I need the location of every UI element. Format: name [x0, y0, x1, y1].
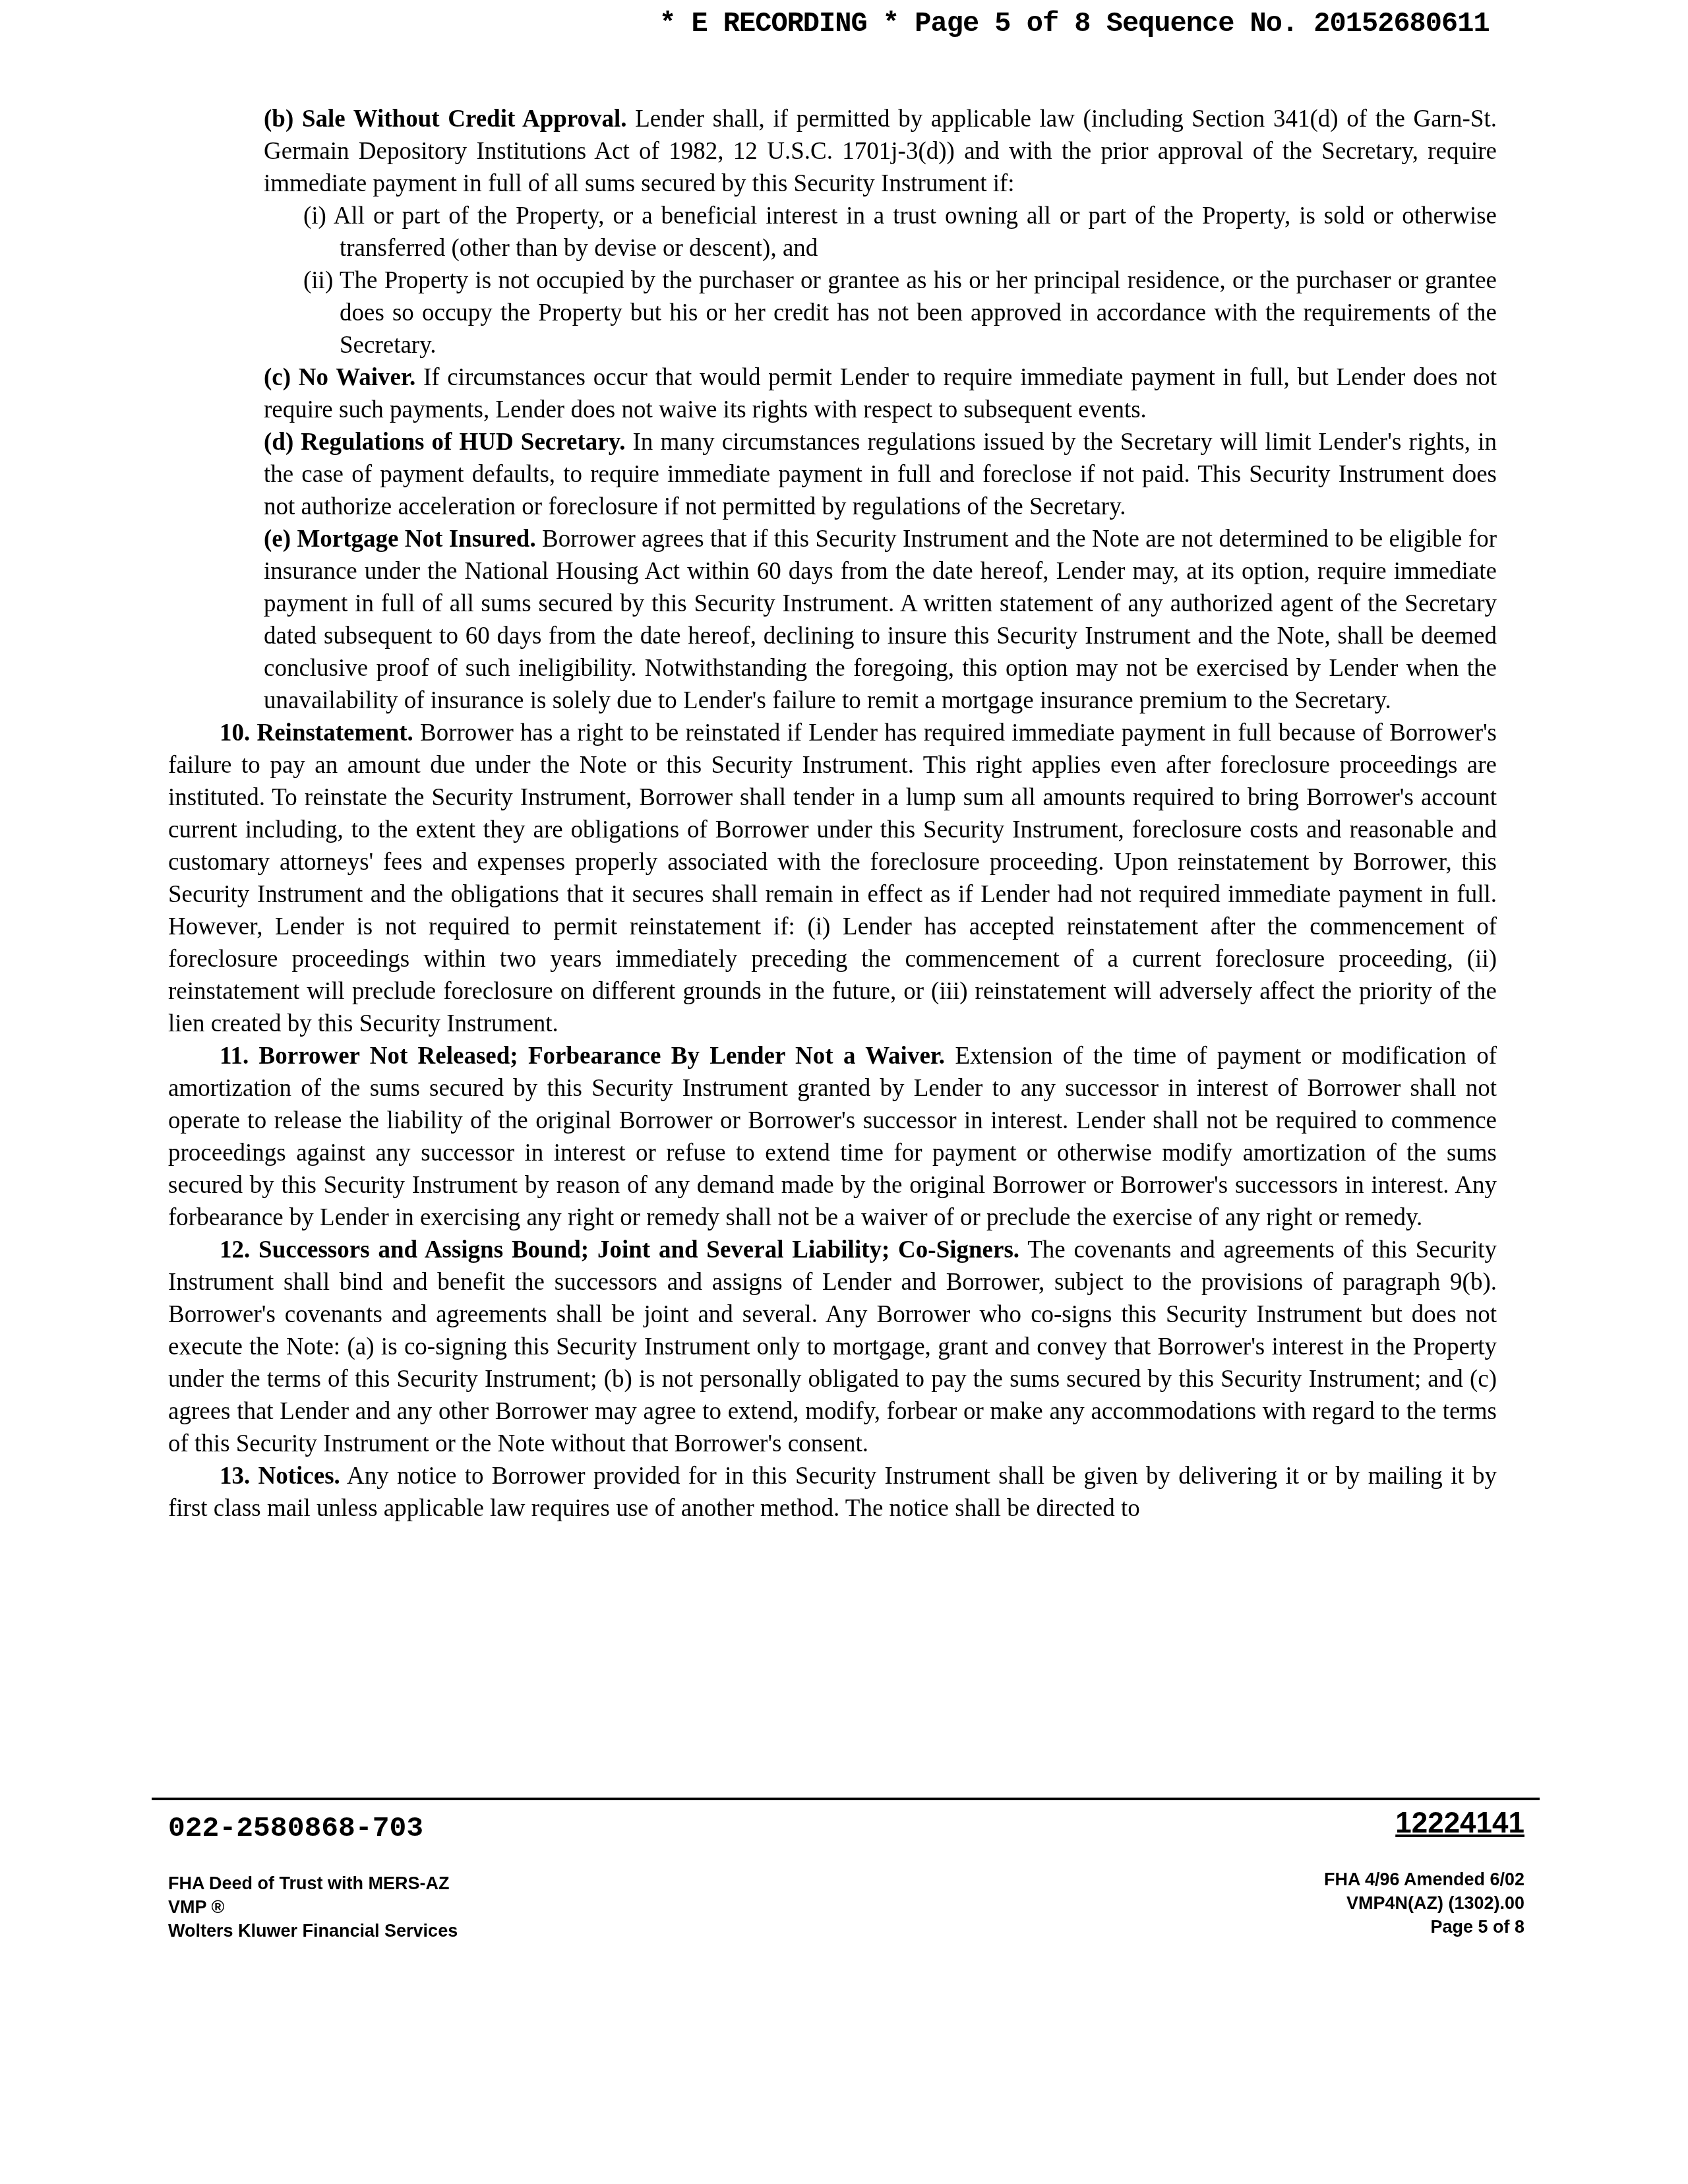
paragraph-text: Extension of the time of payment or modi… [168, 1043, 1497, 1231]
footer-page-indicator: Page 5 of 8 [1324, 1915, 1524, 1939]
paragraph-text: Borrower agrees that if this Security In… [264, 526, 1497, 714]
paragraph: (b) Sale Without Credit Approval. Lender… [264, 103, 1497, 200]
paragraph-label: 10. Reinstatement. [220, 719, 413, 746]
e-recording-header: * E RECORDING * Page 5 of 8 Sequence No.… [659, 8, 1490, 40]
paragraph-label: (d) Regulations of HUD Secretary. [264, 429, 625, 456]
paragraph-text: The covenants and agreements of this Sec… [168, 1236, 1497, 1457]
footer-vmp-label: VMP ® [168, 1895, 458, 1919]
paragraph-label: (i) [303, 202, 326, 229]
paragraph-label: (c) No Waiver. [264, 364, 415, 391]
paragraph-text: The Property is not occupied by the purc… [340, 267, 1497, 359]
paragraph: (c) No Waiver. If circumstances occur th… [264, 361, 1497, 426]
footer-divider [152, 1798, 1540, 1800]
paragraph: 11. Borrower Not Released; Forbearance B… [168, 1040, 1497, 1234]
footer-version-info: FHA 4/96 Amended 6/02 VMP4N(AZ) (1302).0… [1324, 1867, 1524, 1939]
paragraph: (e) Mortgage Not Insured. Borrower agree… [264, 523, 1497, 717]
paragraph-label: 11. Borrower Not Released; Forbearance B… [220, 1043, 945, 1070]
document-body: (b) Sale Without Credit Approval. Lender… [168, 103, 1497, 1525]
paragraph: 12. Successors and Assigns Bound; Joint … [168, 1234, 1497, 1460]
paragraph-text: Borrower has a right to be reinstated if… [168, 719, 1497, 1037]
paragraph-label: (e) Mortgage Not Insured. [264, 526, 536, 553]
footer-form-code: VMP4N(AZ) (1302).00 [1324, 1891, 1524, 1915]
document-page: * E RECORDING * Page 5 of 8 Sequence No.… [0, 0, 1688, 2184]
paragraph: (ii) The Property is not occupied by the… [303, 264, 1497, 361]
footer-form-info: FHA Deed of Trust with MERS-AZ VMP ® Wol… [168, 1871, 458, 1943]
paragraph: 10. Reinstatement. Borrower has a right … [168, 717, 1497, 1040]
footer-publisher: Wolters Kluwer Financial Services [168, 1919, 458, 1943]
sequence-number: 12224141 [1395, 1807, 1524, 1840]
footer-fha-version: FHA 4/96 Amended 6/02 [1324, 1867, 1524, 1891]
footer-form-name: FHA Deed of Trust with MERS-AZ [168, 1871, 458, 1895]
paragraph: 13. Notices. Any notice to Borrower prov… [168, 1460, 1497, 1525]
paragraph-text: All or part of the Property, or a benefi… [334, 202, 1497, 262]
paragraph-label: 13. Notices. [220, 1463, 340, 1490]
paragraph-label: (b) Sale Without Credit Approval. [264, 106, 627, 133]
paragraph-label: 12. Successors and Assigns Bound; Joint … [220, 1236, 1019, 1263]
paragraph: (i) All or part of the Property, or a be… [303, 200, 1497, 264]
paragraph-label: (ii) [303, 267, 333, 294]
paragraph-text: Any notice to Borrower provided for in t… [168, 1463, 1497, 1522]
paragraph-text: If circumstances occur that would permit… [264, 364, 1497, 423]
loan-number: 022-2580868-703 [168, 1812, 423, 1844]
paragraph: (d) Regulations of HUD Secretary. In man… [264, 426, 1497, 523]
